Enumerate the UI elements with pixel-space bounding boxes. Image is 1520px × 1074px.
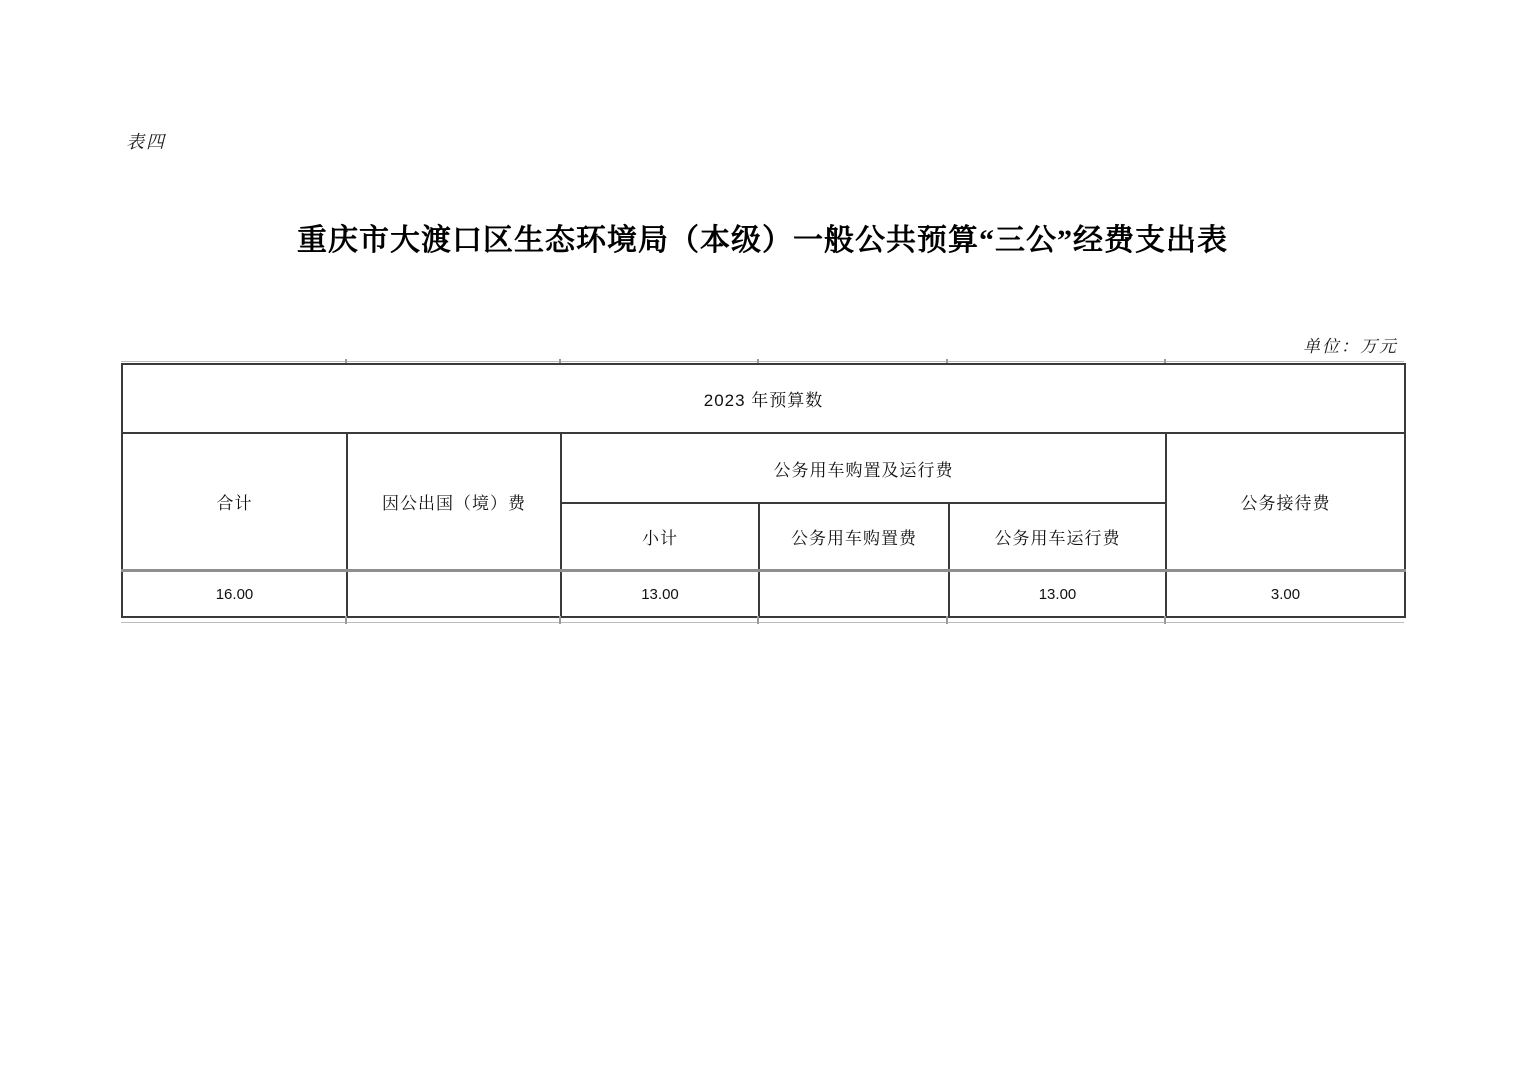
value-vehicle-subtotal: 13.00 <box>561 571 759 618</box>
header-total: 合计 <box>122 433 347 571</box>
bottom-artifact-line <box>121 622 1404 623</box>
header-reception-expense: 公务接待费 <box>1166 433 1405 571</box>
bottom-artifact-tick <box>345 616 347 624</box>
column-header-row: 合计 因公出国（境）费 公务用车购置及运行费 公务接待费 <box>122 433 1405 503</box>
value-vehicle-purchase <box>759 571 949 618</box>
year-header-cell: 2023 年预算数 <box>122 364 1405 433</box>
header-vehicle-subtotal: 小计 <box>561 503 759 571</box>
value-abroad-expense <box>347 571 561 618</box>
bottom-artifact-tick <box>1164 616 1166 624</box>
year-header-row: 2023 年预算数 <box>122 364 1405 433</box>
page-title: 重庆市大渡口区生态环境局（本级）一般公共预算“三公”经费支出表 <box>121 222 1404 260</box>
header-vehicle-purchase: 公务用车购置费 <box>759 503 949 571</box>
bottom-artifact-tick <box>559 616 561 624</box>
value-reception-expense: 3.00 <box>1166 571 1405 618</box>
header-vehicle-group: 公务用车购置及运行费 <box>561 433 1166 503</box>
header-vehicle-operation: 公务用车运行费 <box>949 503 1166 571</box>
top-artifact-line <box>121 361 1404 362</box>
bottom-artifact-tick <box>757 616 759 624</box>
value-vehicle-operation: 13.00 <box>949 571 1166 618</box>
data-row: 16.00 13.00 13.00 3.00 <box>122 571 1405 618</box>
unit-note: 单位：万元 <box>1303 332 1398 357</box>
value-total: 16.00 <box>122 571 347 618</box>
header-abroad-expense: 因公出国（境）费 <box>347 433 561 571</box>
bottom-artifact-tick <box>946 616 948 624</box>
table-number-label: 表四 <box>126 128 166 154</box>
budget-table: 2023 年预算数 合计 因公出国（境）费 公务用车购置及运行费 公务接待费 小… <box>121 363 1406 618</box>
